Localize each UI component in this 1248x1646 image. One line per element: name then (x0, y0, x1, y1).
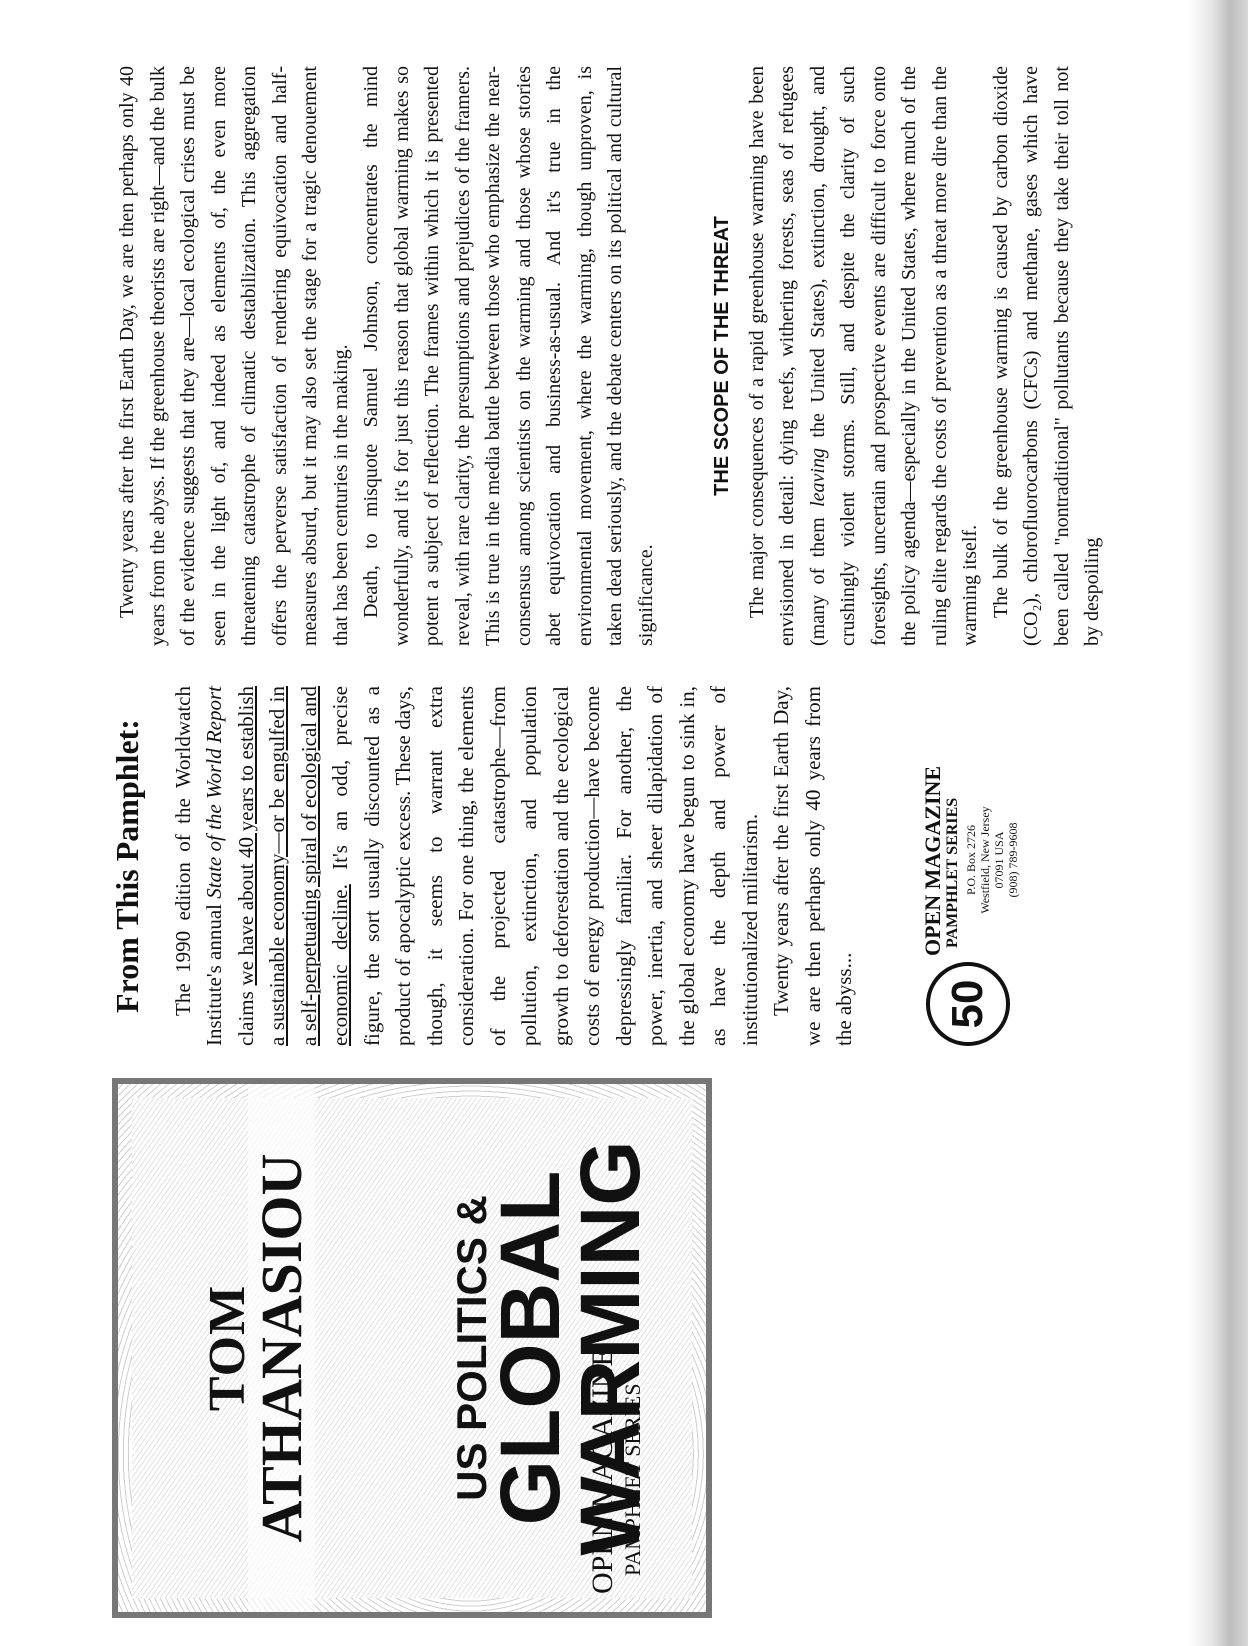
excerpt-paragraph-2: Twenty years after the first Earth Day, … (766, 686, 861, 1046)
excerpt-column: From This Pamphlet: The 1990 edition of … (112, 686, 861, 1046)
excerpt-paragraph-1: The 1990 edition of the Worldwatch Insti… (168, 686, 767, 1046)
publisher-address: P.O. Box 2726 Westfield, New Jersey 0709… (964, 800, 1020, 920)
pamphlet-cover: TOM ATHANASIOU US POLITICS & GLOBAL WARM… (112, 1078, 712, 1618)
cover-publisher-line1: OPEN MAGAZINE (586, 1084, 620, 1594)
body-column: Twenty years after the first Earth Day, … (112, 66, 1212, 646)
address-line: P.O. Box 2726 (964, 800, 978, 920)
cover-title-line1: GLOBAL (488, 1084, 572, 1612)
cover-publisher: OPEN MAGAZINE PAMPHLET SERIES (586, 1084, 646, 1612)
cover-publisher-line2: PAMPHLET SERIES (620, 1084, 646, 1594)
excerpt-text: It's an odd, precise figure, the sort us… (328, 686, 762, 1046)
body-text: the United States), extinction, drought,… (807, 66, 982, 646)
publisher-name: OPEN MAGAZINE (920, 766, 946, 956)
publisher-logo-block: 50 OPEN MAGAZINE PAMPHLET SERIES P.O. Bo… (920, 686, 1030, 1046)
address-line: 07091 USA (992, 800, 1006, 920)
excerpt-text: claims (234, 986, 258, 1046)
section-heading: THE SCOPE OF THE THREAT (707, 66, 738, 646)
cover-author-last: ATHANASIOU (248, 1084, 315, 1612)
body-emphasis: leaving (807, 448, 829, 507)
publisher-phone: (908) 789-9608 (1006, 800, 1020, 920)
address-line: Westfield, New Jersey (978, 800, 992, 920)
rotated-page: TOM ATHANASIOU US POLITICS & GLOBAL WARM… (0, 0, 1248, 1646)
series-number-badge-icon: 50 (926, 962, 1010, 1046)
publisher-series: PAMPHLET SERIES (944, 798, 962, 948)
excerpt-report-title: State of the World Report (202, 686, 226, 899)
body-paragraph-2: Death, to misquote Samuel Johnson, conce… (356, 66, 661, 646)
excerpt-heading: From This Pamphlet: (112, 686, 144, 1046)
body-paragraph-4: The bulk of the greenhouse warming is ca… (986, 66, 1108, 646)
body-paragraph-1: Twenty years after the first Earth Day, … (112, 66, 356, 646)
body-paragraph-3: The major consequences of a rapid greenh… (742, 66, 986, 646)
